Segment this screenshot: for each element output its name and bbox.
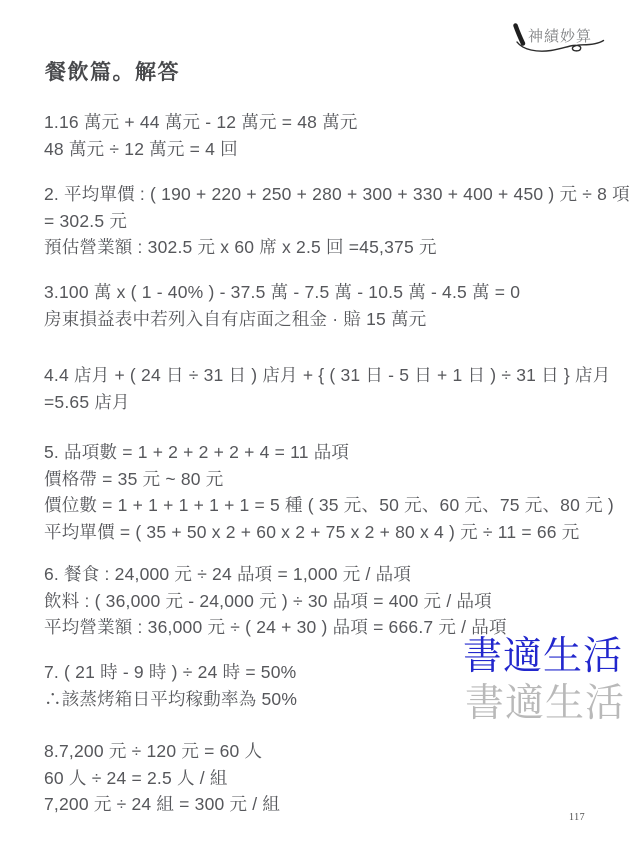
solution-line: 4.4 店月 + ( 24 日 ÷ 31 日 ) 店月 + { ( 31 日 -…: [44, 362, 610, 389]
solution-block-8: 8.7,200 元 ÷ 120 元 = 60 人 60 人 ÷ 24 = 2.5…: [44, 738, 280, 818]
solution-line: 平均單價 = ( 35 + 50 x 2 + 60 x 2 + 75 x 2 +…: [44, 519, 614, 546]
solution-block-7: 7. ( 21 時 - 9 時 ) ÷ 24 時 = 50% ∴該蒸烤箱日平均稼…: [44, 659, 297, 712]
solution-line: 2. 平均單價 : ( 190 + 220 + 250 + 280 + 300 …: [44, 181, 630, 208]
watermark-blue: 書適生活: [463, 637, 623, 676]
solution-block-1: 1.16 萬元 + 44 萬元 - 12 萬元 = 48 萬元 48 萬元 ÷ …: [44, 109, 358, 162]
solution-block-4: 4.4 店月 + ( 24 日 ÷ 31 日 ) 店月 + { ( 31 日 -…: [44, 362, 610, 415]
page-title: 餐飲篇。解答: [45, 61, 180, 85]
page-number: 117: [569, 812, 585, 823]
solution-line: 3.100 萬 x ( 1 - 40% ) - 37.5 萬 - 7.5 萬 -…: [44, 279, 520, 306]
solution-line: 6. 餐食 : 24,000 元 ÷ 24 品項 = 1,000 元 / 品項: [44, 561, 507, 588]
solution-line: 飲料 : ( 36,000 元 - 24,000 元 ) ÷ 30 品項 = 4…: [44, 588, 507, 615]
brand-logo: 神績妙算: [503, 18, 618, 62]
solution-block-2: 2. 平均單價 : ( 190 + 220 + 250 + 280 + 300 …: [44, 181, 630, 261]
solution-line: 房東損益表中若列入自有店面之租金 · 賠 15 萬元: [44, 306, 520, 333]
book-page: 神績妙算 餐飲篇。解答 1.16 萬元 + 44 萬元 - 12 萬元 = 48…: [0, 0, 641, 854]
solution-line: ∴該蒸烤箱日平均稼動率為 50%: [44, 686, 297, 713]
solution-line: 預估營業額 : 302.5 元 x 60 席 x 2.5 回 =45,375 元: [44, 234, 630, 261]
solution-line: =5.65 店月: [44, 389, 610, 416]
solution-line: 平均營業額 : 36,000 元 ÷ ( 24 + 30 ) 品項 = 666.…: [44, 614, 507, 641]
solution-line: 7. ( 21 時 - 9 時 ) ÷ 24 時 = 50%: [44, 659, 297, 686]
solution-line: 價位數 = 1 + 1 + 1 + 1 + 1 = 5 種 ( 35 元、50 …: [44, 492, 614, 519]
watermark-gray: 書適生活: [465, 684, 625, 723]
solution-line: 8.7,200 元 ÷ 120 元 = 60 人: [44, 738, 280, 765]
solution-line: 5. 品項數 = 1 + 2 + 2 + 2 + 4 = 11 品項: [44, 439, 614, 466]
pen-stroke: [516, 26, 524, 44]
solution-line: 價格帶 = 35 元 ~ 80 元: [44, 466, 614, 493]
solution-block-3: 3.100 萬 x ( 1 - 40% ) - 37.5 萬 - 7.5 萬 -…: [44, 279, 520, 332]
solution-block-6: 6. 餐食 : 24,000 元 ÷ 24 品項 = 1,000 元 / 品項 …: [44, 561, 507, 641]
solution-line: = 302.5 元: [44, 208, 630, 235]
solution-line: 48 萬元 ÷ 12 萬元 = 4 回: [44, 136, 358, 163]
solution-line: 60 人 ÷ 24 = 2.5 人 / 組: [44, 765, 280, 792]
solution-block-5: 5. 品項數 = 1 + 2 + 2 + 2 + 4 = 11 品項 價格帶 =…: [44, 439, 614, 546]
brand-logo-text: 神績妙算: [528, 25, 592, 46]
solution-line: 1.16 萬元 + 44 萬元 - 12 萬元 = 48 萬元: [44, 109, 358, 136]
solution-line: 7,200 元 ÷ 24 組 = 300 元 / 組: [44, 791, 280, 818]
